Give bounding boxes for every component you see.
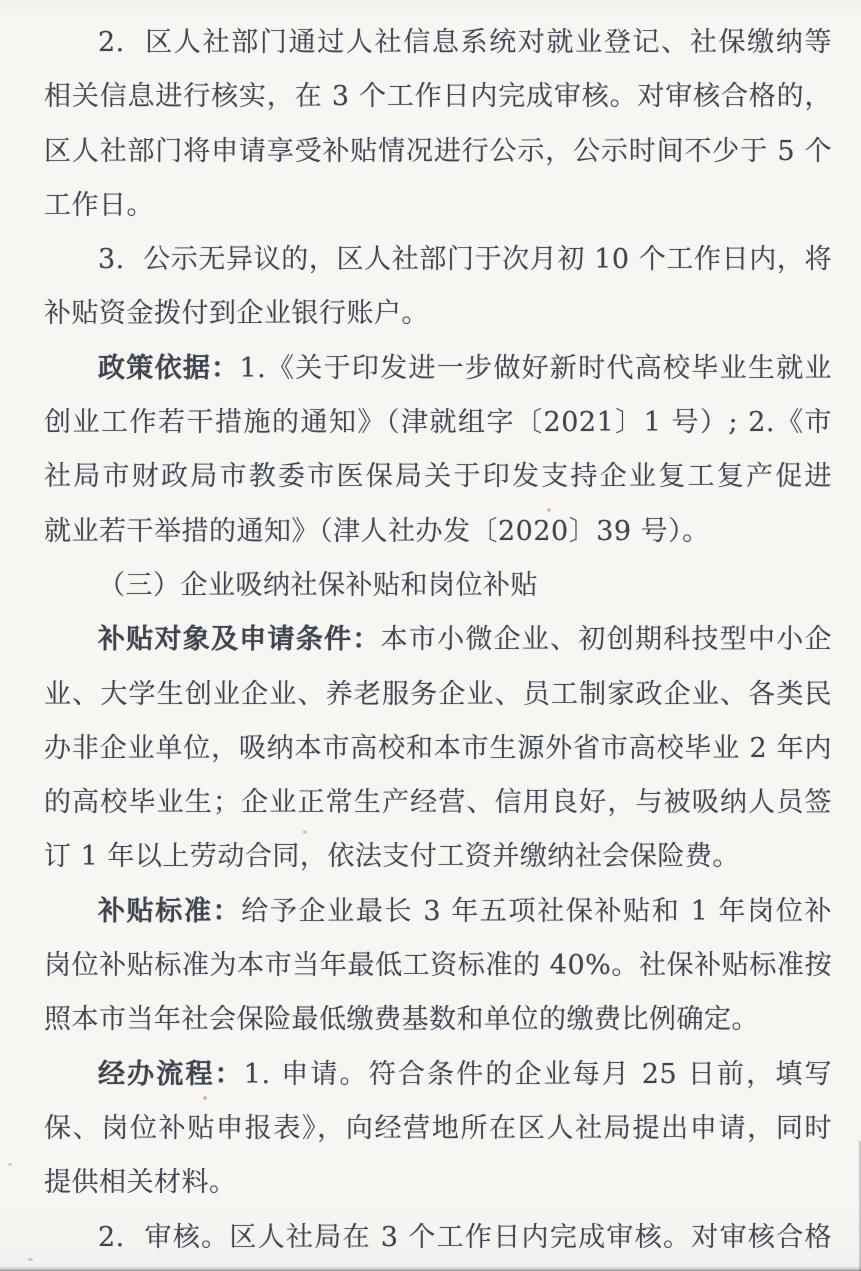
scan-speckle [203, 1096, 207, 1100]
scan-speckle [303, 830, 307, 834]
bold-section-label: 政策依据： [98, 353, 239, 384]
scan-speckle [8, 1163, 12, 1166]
document-text-block: 2. 区人社部门通过人社信息系统对就业登记、社保缴纳等相关信息进行核实，在 3 … [44, 16, 832, 1265]
text-line: 保、岗位补贴申报表》，向经营地所在区人社局提出申请，同时 [44, 1102, 832, 1156]
text-line: 相关信息进行核实，在 3 个工作日内完成审核。对审核合格的， [44, 70, 832, 124]
text-line: 办非企业单位，吸纳本市高校和本市生源外省市高校毕业 2 年内 [44, 722, 832, 776]
text-line: 2. 审核。区人社局在 3 个工作日内完成审核。对审核合格 [44, 1211, 832, 1265]
text-line: 的高校毕业生；企业正常生产经营、信用良好，与被吸纳人员签 [44, 776, 832, 830]
text-line: 工作日。 [44, 179, 832, 233]
bold-section-label: 经办流程： [98, 1059, 244, 1090]
text-line: 2. 区人社部门通过人社信息系统对就业登记、社保缴纳等 [44, 16, 832, 70]
text-line: 3. 公示无异议的，区人社部门于次月初 10 个工作日内，将 [44, 233, 832, 287]
bold-section-label: 补贴标准： [98, 896, 241, 927]
text-line: 岗位补贴标准为本市当年最低工资标准的 40%。社保补贴标准按 [44, 939, 832, 993]
text-line: 照本市当年社会保险最低缴费基数和单位的缴费比例确定。 [44, 993, 832, 1047]
text-line: 补贴标准：给予企业最长 3 年五项社保补贴和 1 年岗位补贴。 [44, 885, 832, 939]
scanned-document-page: 2. 区人社部门通过人社信息系统对就业登记、社保缴纳等相关信息进行核实，在 3 … [0, 0, 861, 1271]
scan-speckle [547, 508, 551, 512]
text-line: 就业若干举措的通知》（津人社办发〔2020〕39 号）。 [44, 505, 832, 559]
text-line: 补贴对象及申请条件：本市小微企业、初创期科技型中小企 [44, 613, 832, 667]
text-line: 创业工作若干措施的通知》（津就组字〔2021〕1 号）; 2.《市人 [44, 396, 832, 450]
text-line: 区人社部门将申请享受补贴情况进行公示，公示时间不少于 5 个 [44, 125, 832, 179]
text-line: 经办流程：1. 申请。符合条件的企业每月 25 日前，填写《社 [44, 1048, 832, 1102]
text-line: 补贴资金拨付到企业银行账户。 [44, 287, 832, 341]
text-line: 业、大学生创业企业、养老服务企业、员工制家政企业、各类民 [44, 668, 832, 722]
text-line: 提供相关材料。 [44, 1156, 832, 1210]
scan-edge-shadow-bottom [0, 1266, 861, 1271]
text-line: 社局市财政局市教委市医保局关于印发支持企业复工复产促进 [44, 450, 832, 504]
bold-section-label: 补贴对象及申请条件： [98, 624, 381, 655]
text-line: （三）企业吸纳社保补贴和岗位补贴 [44, 559, 832, 613]
scan-speckle [28, 1258, 33, 1261]
text-line: 政策依据：1.《关于印发进一步做好新时代高校毕业生就业 [44, 342, 832, 396]
text-line: 订 1 年以上劳动合同，依法支付工资并缴纳社会保险费。 [44, 830, 832, 884]
